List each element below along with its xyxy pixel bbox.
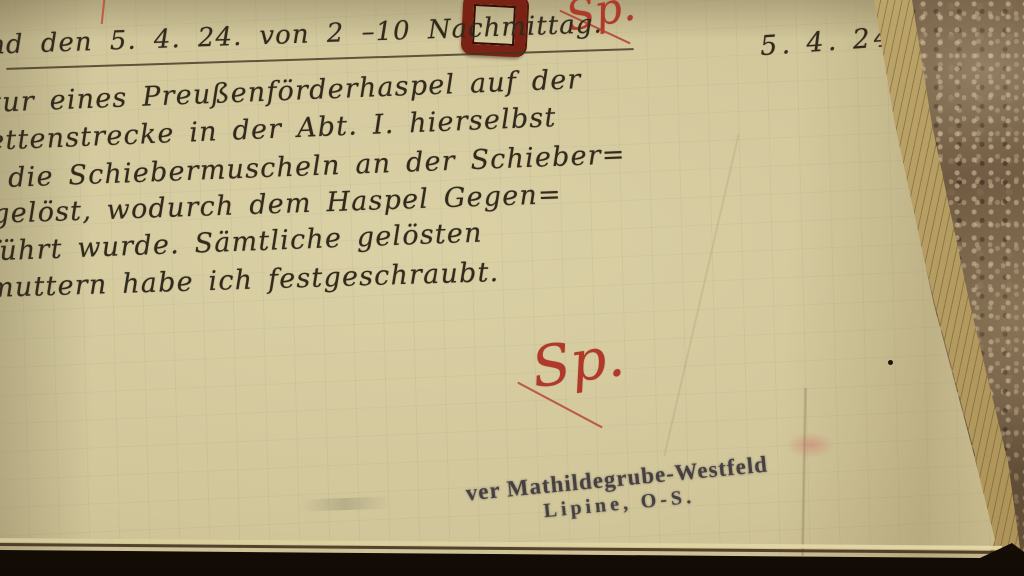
- logbook-page: Sp. nd den 5. 4. 24. von 2 –10 Nachmitta…: [0, 0, 1024, 576]
- red-initials-signature: Sp.: [528, 324, 628, 401]
- photo-of-logbook-page: Sp. nd den 5. 4. 24. von 2 –10 Nachmitta…: [0, 0, 1024, 576]
- ink-dot: [888, 360, 893, 365]
